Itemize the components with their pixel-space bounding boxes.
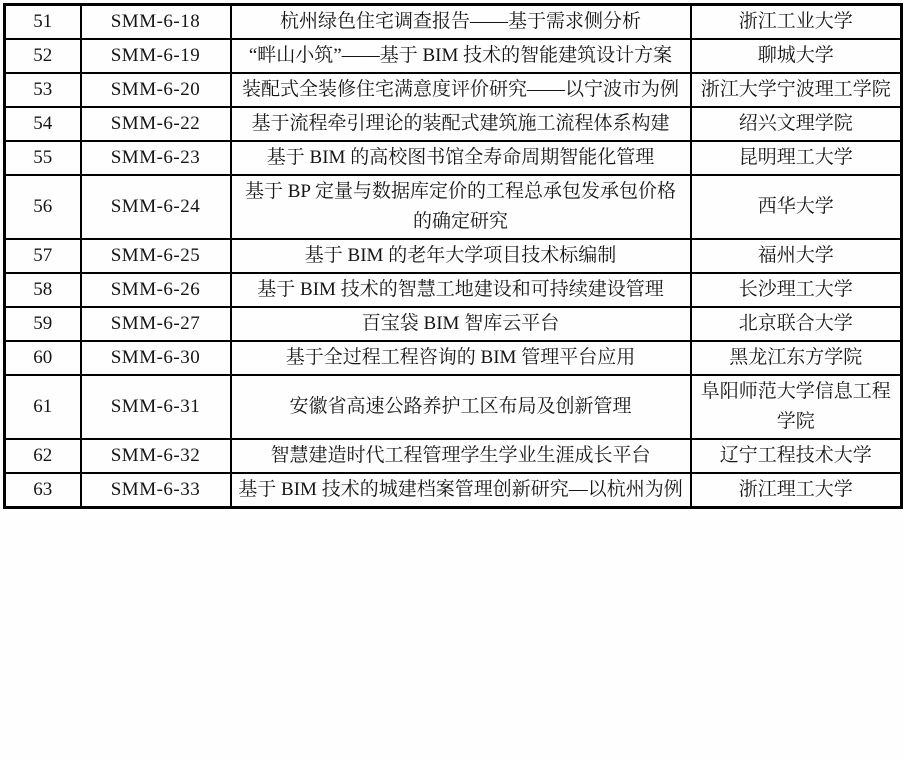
university-name: 浙江大学宁波理工学院 [691, 73, 902, 107]
university-name: 北京联合大学 [691, 307, 902, 341]
university-name: 黑龙江东方学院 [691, 341, 902, 375]
university-name: 绍兴文理学院 [691, 107, 902, 141]
university-name: 浙江理工大学 [691, 473, 902, 508]
row-number: 60 [5, 341, 81, 375]
project-title: 基于 BIM 的老年大学项目技术标编制 [231, 239, 691, 273]
row-number: 57 [5, 239, 81, 273]
project-title: 装配式全装修住宅满意度评价研究——以宁波市为例 [231, 73, 691, 107]
project-title: 杭州绿色住宅调查报告——基于需求侧分析 [231, 5, 691, 40]
university-name: 辽宁工程技术大学 [691, 439, 902, 473]
project-title: 智慧建造时代工程管理学生学业生涯成长平台 [231, 439, 691, 473]
row-number: 58 [5, 273, 81, 307]
table-row: 62 SMM-6-32 智慧建造时代工程管理学生学业生涯成长平台 辽宁工程技术大… [5, 439, 902, 473]
project-title: 基于 BP 定量与数据库定价的工程总承包发承包价格的确定研究 [231, 175, 691, 239]
project-title: “畔山小筑”——基于 BIM 技术的智能建筑设计方案 [231, 39, 691, 73]
row-number: 59 [5, 307, 81, 341]
table-row: 63 SMM-6-33 基于 BIM 技术的城建档案管理创新研究—以杭州为例 浙… [5, 473, 902, 508]
row-number: 63 [5, 473, 81, 508]
row-number: 51 [5, 5, 81, 40]
project-code: SMM-6-18 [81, 5, 231, 40]
table-row: 61 SMM-6-31 安徽省高速公路养护工区布局及创新管理 阜阳师范大学信息工… [5, 375, 902, 439]
table-row: 52 SMM-6-19 “畔山小筑”——基于 BIM 技术的智能建筑设计方案 聊… [5, 39, 902, 73]
university-name: 西华大学 [691, 175, 902, 239]
table-row: 60 SMM-6-30 基于全过程工程咨询的 BIM 管理平台应用 黑龙江东方学… [5, 341, 902, 375]
row-number: 55 [5, 141, 81, 175]
project-title: 百宝袋 BIM 智库云平台 [231, 307, 691, 341]
project-title: 安徽省高速公路养护工区布局及创新管理 [231, 375, 691, 439]
project-code: SMM-6-31 [81, 375, 231, 439]
row-number: 62 [5, 439, 81, 473]
table-row: 55 SMM-6-23 基于 BIM 的高校图书馆全寿命周期智能化管理 昆明理工… [5, 141, 902, 175]
document-page: 51 SMM-6-18 杭州绿色住宅调查报告——基于需求侧分析 浙江工业大学 5… [0, 0, 904, 760]
project-code: SMM-6-33 [81, 473, 231, 508]
row-number: 53 [5, 73, 81, 107]
university-name: 聊城大学 [691, 39, 902, 73]
university-name: 浙江工业大学 [691, 5, 902, 40]
project-code: SMM-6-32 [81, 439, 231, 473]
project-code: SMM-6-23 [81, 141, 231, 175]
table-row: 51 SMM-6-18 杭州绿色住宅调查报告——基于需求侧分析 浙江工业大学 [5, 5, 902, 40]
table-row: 57 SMM-6-25 基于 BIM 的老年大学项目技术标编制 福州大学 [5, 239, 902, 273]
project-code: SMM-6-20 [81, 73, 231, 107]
row-number: 61 [5, 375, 81, 439]
project-title: 基于 BIM 的高校图书馆全寿命周期智能化管理 [231, 141, 691, 175]
project-list-table: 51 SMM-6-18 杭州绿色住宅调查报告——基于需求侧分析 浙江工业大学 5… [3, 3, 903, 509]
table-row: 53 SMM-6-20 装配式全装修住宅满意度评价研究——以宁波市为例 浙江大学… [5, 73, 902, 107]
row-number: 52 [5, 39, 81, 73]
table-row: 59 SMM-6-27 百宝袋 BIM 智库云平台 北京联合大学 [5, 307, 902, 341]
project-code: SMM-6-26 [81, 273, 231, 307]
project-title: 基于 BIM 技术的智慧工地建设和可持续建设管理 [231, 273, 691, 307]
university-name: 长沙理工大学 [691, 273, 902, 307]
university-name: 昆明理工大学 [691, 141, 902, 175]
project-title: 基于全过程工程咨询的 BIM 管理平台应用 [231, 341, 691, 375]
table-row: 58 SMM-6-26 基于 BIM 技术的智慧工地建设和可持续建设管理 长沙理… [5, 273, 902, 307]
project-code: SMM-6-24 [81, 175, 231, 239]
project-code: SMM-6-30 [81, 341, 231, 375]
project-title: 基于流程牵引理论的装配式建筑施工流程体系构建 [231, 107, 691, 141]
project-code: SMM-6-25 [81, 239, 231, 273]
project-title: 基于 BIM 技术的城建档案管理创新研究—以杭州为例 [231, 473, 691, 508]
project-code: SMM-6-22 [81, 107, 231, 141]
project-code: SMM-6-27 [81, 307, 231, 341]
table-row: 54 SMM-6-22 基于流程牵引理论的装配式建筑施工流程体系构建 绍兴文理学… [5, 107, 902, 141]
row-number: 56 [5, 175, 81, 239]
university-name: 阜阳师范大学信息工程学院 [691, 375, 902, 439]
university-name: 福州大学 [691, 239, 902, 273]
project-code: SMM-6-19 [81, 39, 231, 73]
table-row: 56 SMM-6-24 基于 BP 定量与数据库定价的工程总承包发承包价格的确定… [5, 175, 902, 239]
row-number: 54 [5, 107, 81, 141]
